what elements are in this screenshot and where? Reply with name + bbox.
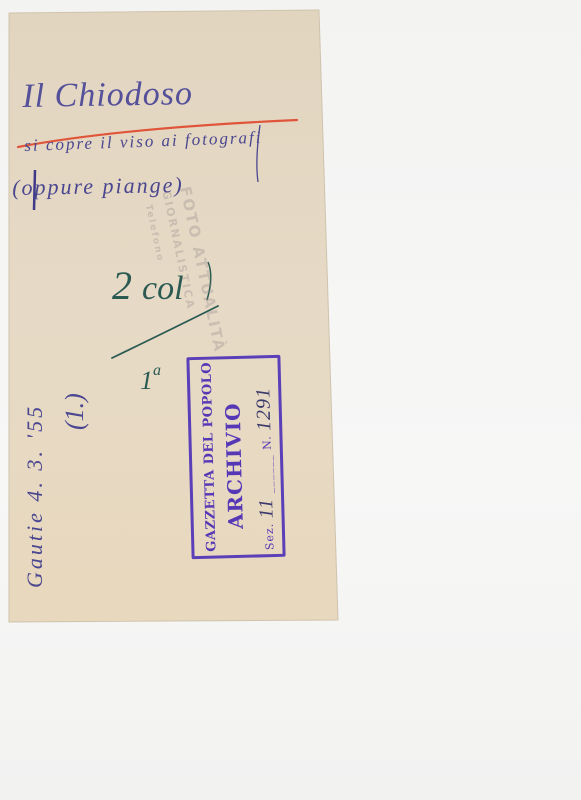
stamp-number-value: 1291 [252, 387, 275, 432]
column-count-suffix: col [142, 270, 184, 307]
stamp-section-value: 11 [255, 498, 278, 519]
column-count-note: 2col [112, 262, 184, 309]
stamp-newspaper-name: GAZZETTA DEL POPOLO [200, 362, 220, 552]
handwritten-number-note: (1.) [60, 393, 90, 430]
faint-stamp-line-3: Telefono [143, 204, 165, 264]
edition-note: 1a [140, 362, 161, 396]
column-count-number: 2 [112, 263, 132, 308]
stamp-archive-label: ARCHIVIO [221, 402, 248, 529]
handwritten-title: Il Chiodoso [22, 75, 193, 116]
handwritten-date-note: Gautie 4. 3. '55 [22, 404, 48, 588]
archive-stamp: GAZZETTA DEL POPOLO ARCHIVIO Sez. 11 ___… [186, 355, 285, 559]
edition-ordinal: a [153, 362, 161, 379]
handwritten-parenthetical: (oppure piange) [12, 172, 184, 201]
stamp-number-label: N. [260, 435, 273, 450]
photo-back-paper: FOTO ATTUALITÀ GIORNALISTICA Telefono Il… [0, 0, 581, 800]
stamp-section-number-line: Sez. 11 ______ N. 1291 [252, 387, 279, 551]
edition-number: 1 [140, 366, 153, 395]
stamp-section-label: Sez. [263, 523, 277, 551]
